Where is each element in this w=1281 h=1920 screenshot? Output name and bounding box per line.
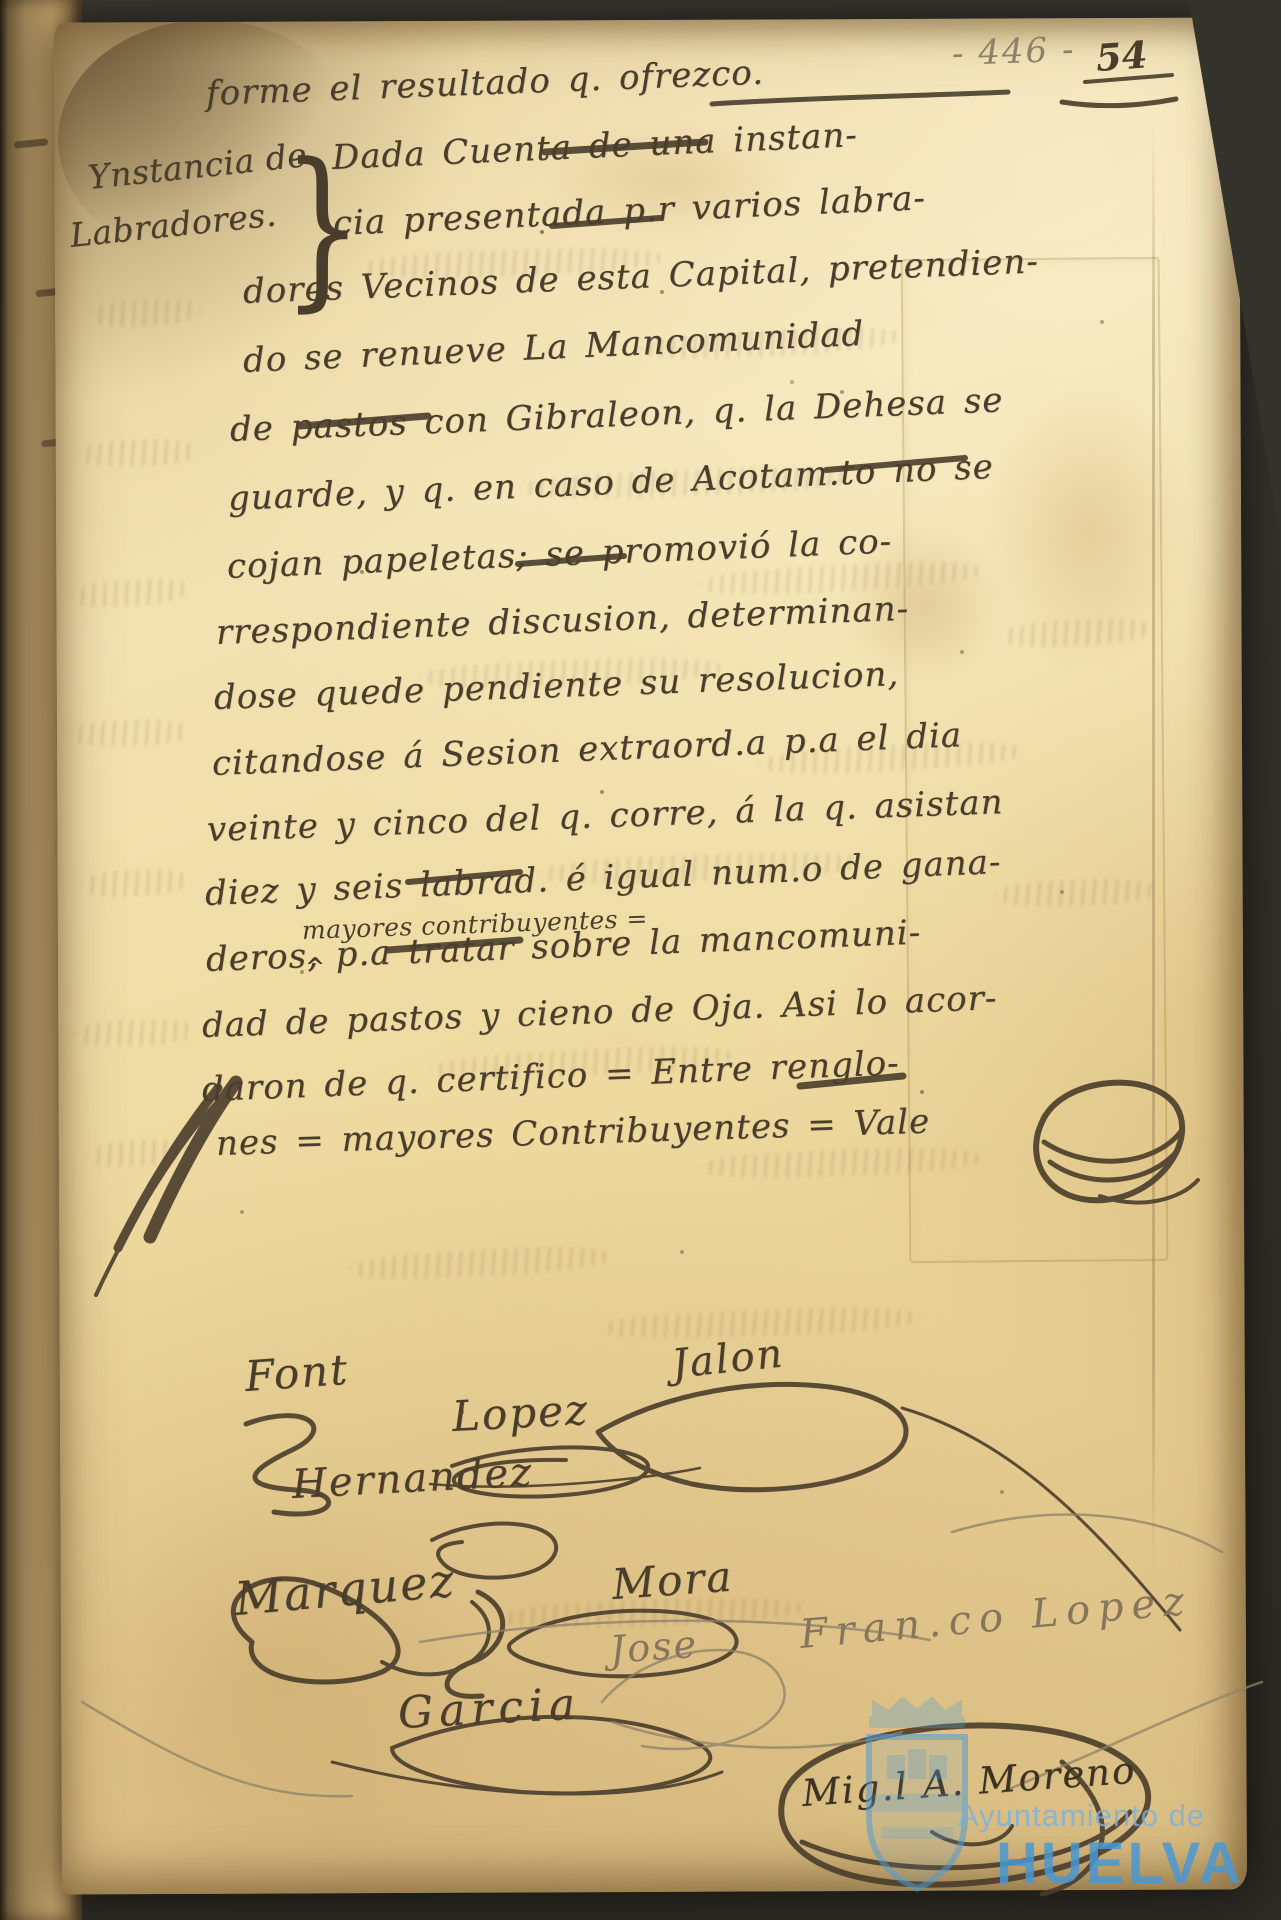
signature-font: Font [243, 1345, 350, 1401]
folio-ink-number: 54 [1094, 32, 1148, 79]
previous-page-ink-fragments [14, 138, 49, 149]
watermark-text: Ayuntamiento de [958, 1798, 1205, 1834]
signature-lopez: Lopez [451, 1385, 590, 1441]
folio-pencil-number: - 446 - [951, 30, 1076, 74]
paper-fold-crease [1152, 120, 1155, 1580]
huelva-coat-of-arms-icon [842, 1688, 992, 1900]
signature-mora: Mora [610, 1552, 735, 1609]
archival-scan: - 446 - 54 Ynstancia de Labradores. } fo… [0, 0, 1281, 1920]
watermark-name: HUELVA [996, 1830, 1244, 1897]
signature-garcia: Garcia [397, 1678, 583, 1739]
signature-jose: Jose [608, 1622, 699, 1672]
